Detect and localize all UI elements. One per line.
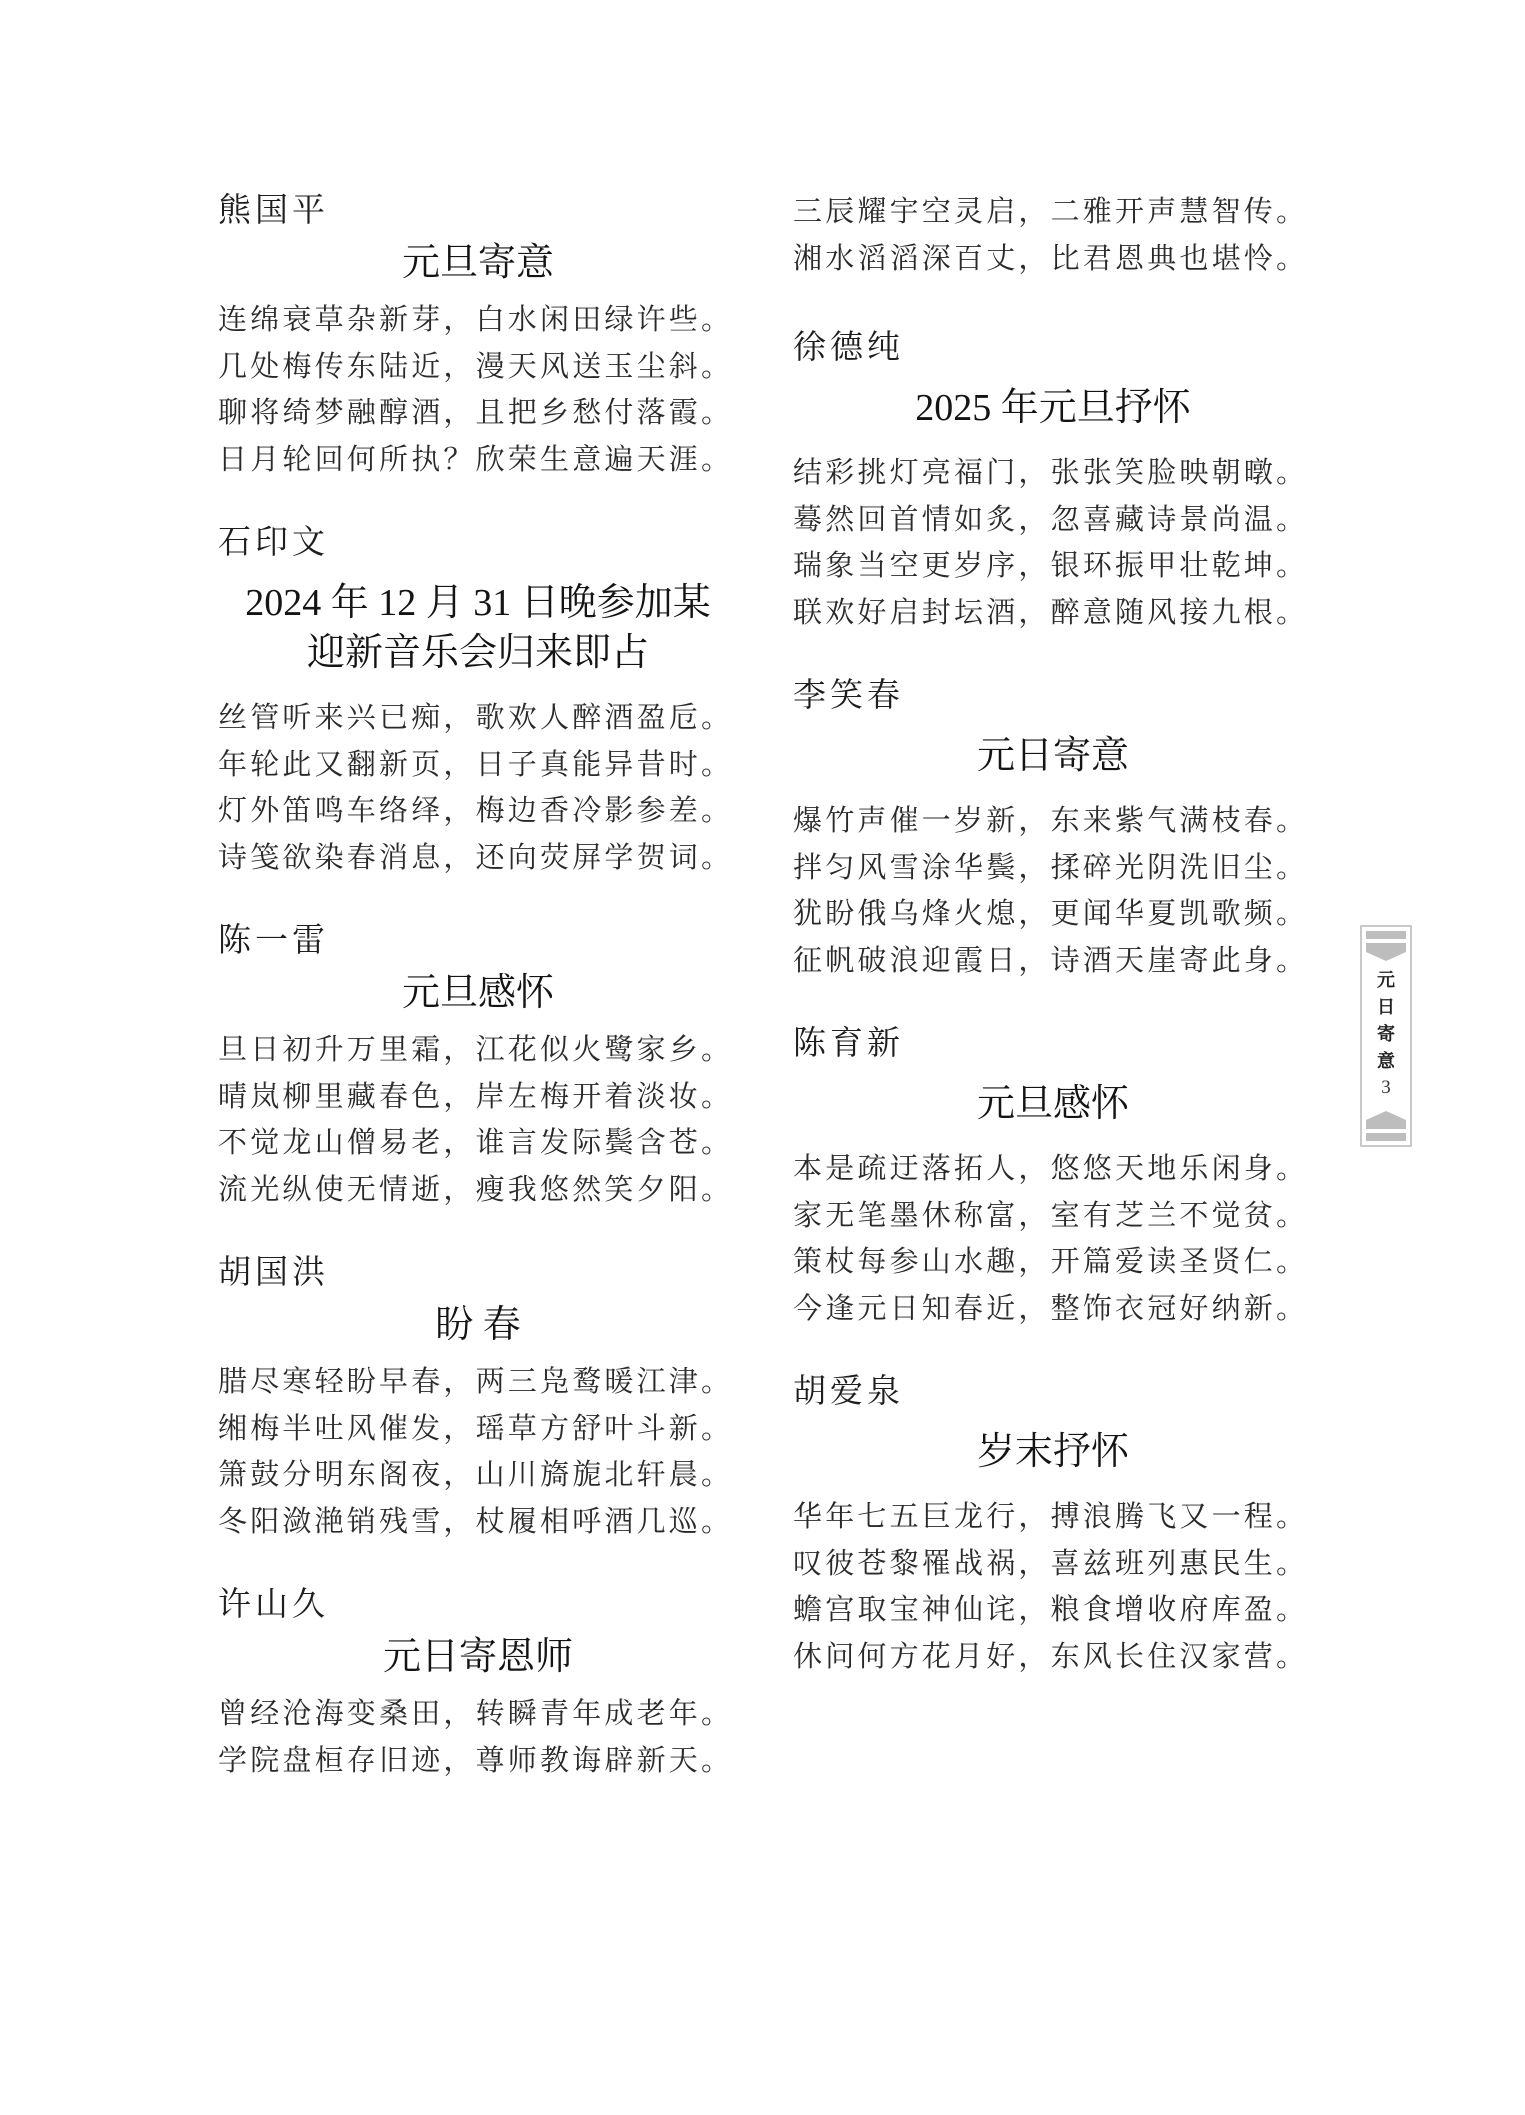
poem-title-line: 2024 年 12 月 31 日晚参加某: [218, 578, 738, 628]
tab-chevron-bottom-ornament: [1366, 1111, 1406, 1129]
section-title-vertical: 元 日 寄 意: [1362, 967, 1410, 1075]
poem-line: 征帆破浪迎霞日，诗酒天崖寄此身。: [793, 937, 1313, 984]
poem-line: 聊将绮梦融醇酒，且把乡愁付落霞。: [218, 389, 738, 436]
poem-lines: 连绵衰草杂新芽，白水闲田绿许些。 几处梅传东陆近，漫天风送玉尘斜。 聊将绮梦融醇…: [218, 296, 738, 482]
poem-continuation: 三辰耀宇空灵启，二雅开声慧智传。 湘水滔滔深百丈，比君恩典也堪怜。: [793, 188, 1313, 281]
poem-block: 李笑春 元日寄意 爆竹声催一岁新，东来紫气满枝春。 拌匀风雪涂华鬓，揉碎光阴洗旧…: [793, 673, 1313, 983]
poem-lines: 华年七五巨龙行，搏浪腾飞又一程。 叹彼苍黎罹战祸，喜兹班列惠民生。 蟾宫取宝神仙…: [793, 1493, 1313, 1679]
poem-lines: 三辰耀宇空灵启，二雅开声慧智传。 湘水滔滔深百丈，比君恩典也堪怜。: [793, 188, 1313, 281]
poem-line: 爆竹声催一岁新，东来紫气满枝春。: [793, 797, 1313, 844]
section-title-char: 日: [1362, 994, 1410, 1021]
poem-line: 蓦然回首情如炙，忽喜藏诗景尚温。: [793, 496, 1313, 543]
section-title-char: 寄: [1362, 1021, 1410, 1048]
section-tab: 元 日 寄 意 3: [1360, 925, 1412, 1147]
poem-author: 石印文: [218, 520, 738, 564]
poem-title-line: 元日寄意: [793, 731, 1313, 781]
poem-title: 元日寄恩师: [218, 1632, 738, 1682]
poem-title-line: 迎新音乐会归来即占: [218, 628, 738, 678]
poem-lines: 腊尽寒轻盼早春，两三凫鹜暖江津。 缃梅半吐风催发，瑶草方舒叶斗新。 箫鼓分明东阁…: [218, 1358, 738, 1544]
poem-line: 本是疏迂落拓人，悠悠天地乐闲身。: [793, 1145, 1313, 1192]
tab-cap-bottom-ornament: [1366, 1133, 1406, 1141]
poem-title: 2024 年 12 月 31 日晚参加某 迎新音乐会归来即占: [218, 578, 738, 678]
poem-line: 休问何方花月好，东风长住汉家营。: [793, 1633, 1313, 1680]
poem-title: 岁末抒怀: [793, 1427, 1313, 1477]
poem-title-line: 元旦寄意: [218, 238, 738, 288]
poem-line: 曾经沧海变桑田，转瞬青年成老年。: [218, 1690, 738, 1737]
poem-line: 三辰耀宇空灵启，二雅开声慧智传。: [793, 188, 1313, 235]
poem-title-line: 2025 年元旦抒怀: [793, 383, 1313, 433]
poem-line: 流光纵使无情逝，瘦我悠然笑夕阳。: [218, 1166, 738, 1213]
poem-line: 策杖每参山水趣，开篇爱读圣贤仁。: [793, 1238, 1313, 1285]
poem-block: 陈育新 元旦感怀 本是疏迂落拓人，悠悠天地乐闲身。 家无笔墨休称富，室有芝兰不觉…: [793, 1021, 1313, 1331]
poem-author: 陈一雷: [218, 918, 738, 962]
poem-line: 缃梅半吐风催发，瑶草方舒叶斗新。: [218, 1405, 738, 1452]
poem-line: 湘水滔滔深百丈，比君恩典也堪怜。: [793, 235, 1313, 282]
poem-title-line: 元旦感怀: [793, 1079, 1313, 1129]
poem-lines: 结彩挑灯亮福门，张张笑脸映朝暾。 蓦然回首情如炙，忽喜藏诗景尚温。 瑞象当空更岁…: [793, 449, 1313, 635]
poem-line: 丝管听来兴已痴，歌欢人醉酒盈卮。: [218, 694, 738, 741]
poem-line: 日月轮回何所执？欣荣生意遍天涯。: [218, 436, 738, 483]
poem-line: 叹彼苍黎罹战祸，喜兹班列惠民生。: [793, 1540, 1313, 1587]
poem-line: 诗笺欲染春消息，还向荧屏学贺词。: [218, 834, 738, 881]
left-column: 熊国平 元旦寄意 连绵衰草杂新芽，白水闲田绿许些。 几处梅传东陆近，漫天风送玉尘…: [218, 188, 738, 1821]
poem-lines: 丝管听来兴已痴，歌欢人醉酒盈卮。 年轮此又翻新页，日子真能异昔时。 灯外笛鸣车络…: [218, 694, 738, 880]
poem-block: 许山久 元日寄恩师 曾经沧海变桑田，转瞬青年成老年。 学院盘桓存旧迹，尊师教诲辟…: [218, 1582, 738, 1783]
poem-block: 胡国洪 盼 春 腊尽寒轻盼早春，两三凫鹜暖江津。 缃梅半吐风催发，瑶草方舒叶斗新…: [218, 1250, 738, 1544]
poem-lines: 爆竹声催一岁新，东来紫气满枝春。 拌匀风雪涂华鬓，揉碎光阴洗旧尘。 犹盼俄乌烽火…: [793, 797, 1313, 983]
poem-title-line: 盼 春: [218, 1300, 738, 1350]
tab-cap-top-ornament: [1366, 931, 1406, 939]
poem-line: 学院盘桓存旧迹，尊师教诲辟新天。: [218, 1737, 738, 1784]
poem-line: 拌匀风雪涂华鬓，揉碎光阴洗旧尘。: [793, 844, 1313, 891]
right-column: 三辰耀宇空灵启，二雅开声慧智传。 湘水滔滔深百丈，比君恩典也堪怜。 徐德纯 20…: [793, 188, 1313, 1717]
poem-title: 元旦寄意: [218, 238, 738, 288]
poem-block: 徐德纯 2025 年元旦抒怀 结彩挑灯亮福门，张张笑脸映朝暾。 蓦然回首情如炙，…: [793, 325, 1313, 635]
poem-line: 犹盼俄乌烽火熄，更闻华夏凯歌频。: [793, 890, 1313, 937]
poem-line: 家无笔墨休称富，室有芝兰不觉贫。: [793, 1192, 1313, 1239]
poem-title: 2025 年元旦抒怀: [793, 383, 1313, 433]
poem-line: 蟾宫取宝神仙诧，粮食增收府库盈。: [793, 1586, 1313, 1633]
poem-line: 不觉龙山僧易老，谁言发际鬓含苍。: [218, 1119, 738, 1166]
poem-author: 徐德纯: [793, 325, 1313, 369]
poem-line: 结彩挑灯亮福门，张张笑脸映朝暾。: [793, 449, 1313, 496]
poem-title-line: 元旦感怀: [218, 968, 738, 1018]
poem-line: 瑞象当空更岁序，银环振甲壮乾坤。: [793, 542, 1313, 589]
poem-lines: 曾经沧海变桑田，转瞬青年成老年。 学院盘桓存旧迹，尊师教诲辟新天。: [218, 1690, 738, 1783]
poem-line: 年轮此又翻新页，日子真能异昔时。: [218, 741, 738, 788]
poem-title: 元日寄意: [793, 731, 1313, 781]
poem-title: 元旦感怀: [793, 1079, 1313, 1129]
poem-block: 胡爱泉 岁末抒怀 华年七五巨龙行，搏浪腾飞又一程。 叹彼苍黎罹战祸，喜兹班列惠民…: [793, 1369, 1313, 1679]
poem-line: 箫鼓分明东阁夜，山川旖旎北轩晨。: [218, 1451, 738, 1498]
poem-author: 熊国平: [218, 188, 738, 232]
poem-author: 胡国洪: [218, 1250, 738, 1294]
section-title-char: 意: [1362, 1048, 1410, 1075]
poem-author: 陈育新: [793, 1021, 1313, 1065]
poem-author: 李笑春: [793, 673, 1313, 717]
poem-title: 元旦感怀: [218, 968, 738, 1018]
page-number: 3: [1362, 1077, 1410, 1099]
poem-line: 华年七五巨龙行，搏浪腾飞又一程。: [793, 1493, 1313, 1540]
tab-chevron-top-ornament: [1366, 943, 1406, 961]
poem-author: 许山久: [218, 1582, 738, 1626]
poem-block: 熊国平 元旦寄意 连绵衰草杂新芽，白水闲田绿许些。 几处梅传东陆近，漫天风送玉尘…: [218, 188, 738, 482]
poem-title-line: 元日寄恩师: [218, 1632, 738, 1682]
section-title-char: 元: [1362, 967, 1410, 994]
poem-line: 今逢元日知春近，整饰衣冠好纳新。: [793, 1285, 1313, 1332]
poem-title-line: 岁末抒怀: [793, 1427, 1313, 1477]
poem-line: 冬阳潋滟销残雪，杖履相呼酒几巡。: [218, 1498, 738, 1545]
poem-line: 联欢好启封坛酒，醉意随风接九根。: [793, 589, 1313, 636]
poem-title: 盼 春: [218, 1300, 738, 1350]
poem-block: 陈一雷 元旦感怀 旦日初升万里霜，江花似火鹭家乡。 晴岚柳里藏春色，岸左梅开着淡…: [218, 918, 738, 1212]
poem-lines: 旦日初升万里霜，江花似火鹭家乡。 晴岚柳里藏春色，岸左梅开着淡妆。 不觉龙山僧易…: [218, 1026, 738, 1212]
poem-block: 石印文 2024 年 12 月 31 日晚参加某 迎新音乐会归来即占 丝管听来兴…: [218, 520, 738, 880]
poem-line: 几处梅传东陆近，漫天风送玉尘斜。: [218, 343, 738, 390]
poem-line: 旦日初升万里霜，江花似火鹭家乡。: [218, 1026, 738, 1073]
poem-line: 晴岚柳里藏春色，岸左梅开着淡妆。: [218, 1073, 738, 1120]
poem-line: 连绵衰草杂新芽，白水闲田绿许些。: [218, 296, 738, 343]
poem-lines: 本是疏迂落拓人，悠悠天地乐闲身。 家无笔墨休称富，室有芝兰不觉贫。 策杖每参山水…: [793, 1145, 1313, 1331]
poem-line: 灯外笛鸣车络绎，梅边香冷影参差。: [218, 787, 738, 834]
poem-author: 胡爱泉: [793, 1369, 1313, 1413]
poem-line: 腊尽寒轻盼早春，两三凫鹜暖江津。: [218, 1358, 738, 1405]
